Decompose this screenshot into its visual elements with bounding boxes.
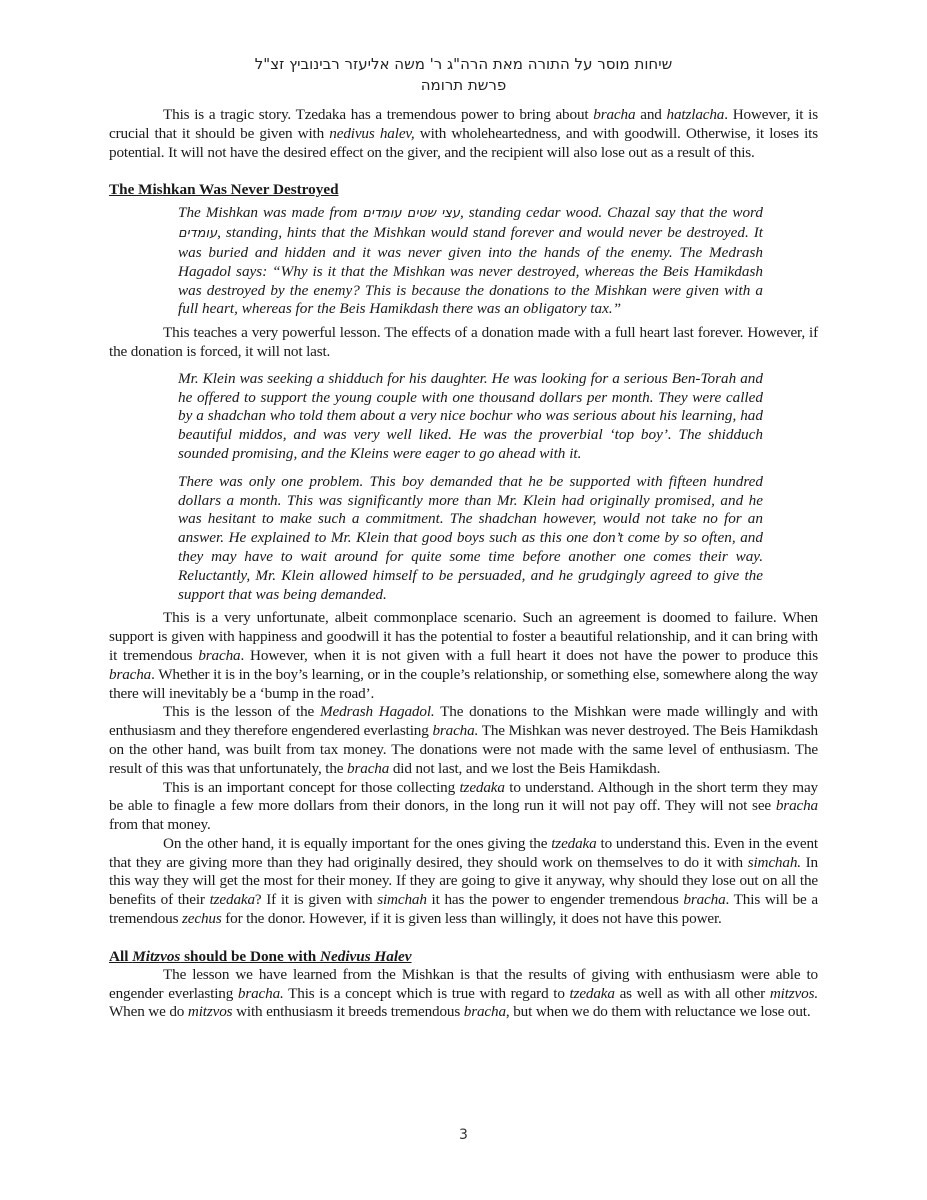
intro-paragraph: This is a tragic story. Tzedaka has a tr… xyxy=(109,106,818,162)
body-paragraph-medrash-lesson: This is the lesson of the Medrash Hagado… xyxy=(109,703,818,778)
body-paragraph-mitzvos: The lesson we have learned from the Mish… xyxy=(109,966,818,1022)
section-heading-mitzvos: All Mitzvos should be Done with Nedivus … xyxy=(109,947,818,966)
body-paragraph-scenario: This is a very unfortunate, albeit commo… xyxy=(109,609,818,703)
header-title: שיחות מוסר על התורה מאת הרה"ג ר' משה אלי… xyxy=(109,54,818,75)
document-page: שיחות מוסר על התורה מאת הרה"ג ר' משה אלי… xyxy=(109,54,818,1022)
body-paragraph-givers: On the other hand, it is equally importa… xyxy=(109,835,818,929)
running-header: שיחות מוסר על התורה מאת הרה"ג ר' משה אלי… xyxy=(109,54,818,96)
body-paragraph-collectors: This is an important concept for those c… xyxy=(109,779,818,835)
page-number: 3 xyxy=(0,1127,927,1143)
lesson-paragraph: This teaches a very powerful lesson. The… xyxy=(109,324,818,362)
story-paragraph-1: Mr. Klein was seeking a shidduch for his… xyxy=(178,370,763,464)
header-parsha: פרשת תרומה xyxy=(109,75,818,96)
section-heading-mishkan: The Mishkan Was Never Destroyed xyxy=(109,180,818,199)
block-quote-medrash: The Mishkan was made from עצי שטים עומדי… xyxy=(178,204,763,319)
story-paragraph-2: There was only one problem. This boy dem… xyxy=(178,473,763,605)
